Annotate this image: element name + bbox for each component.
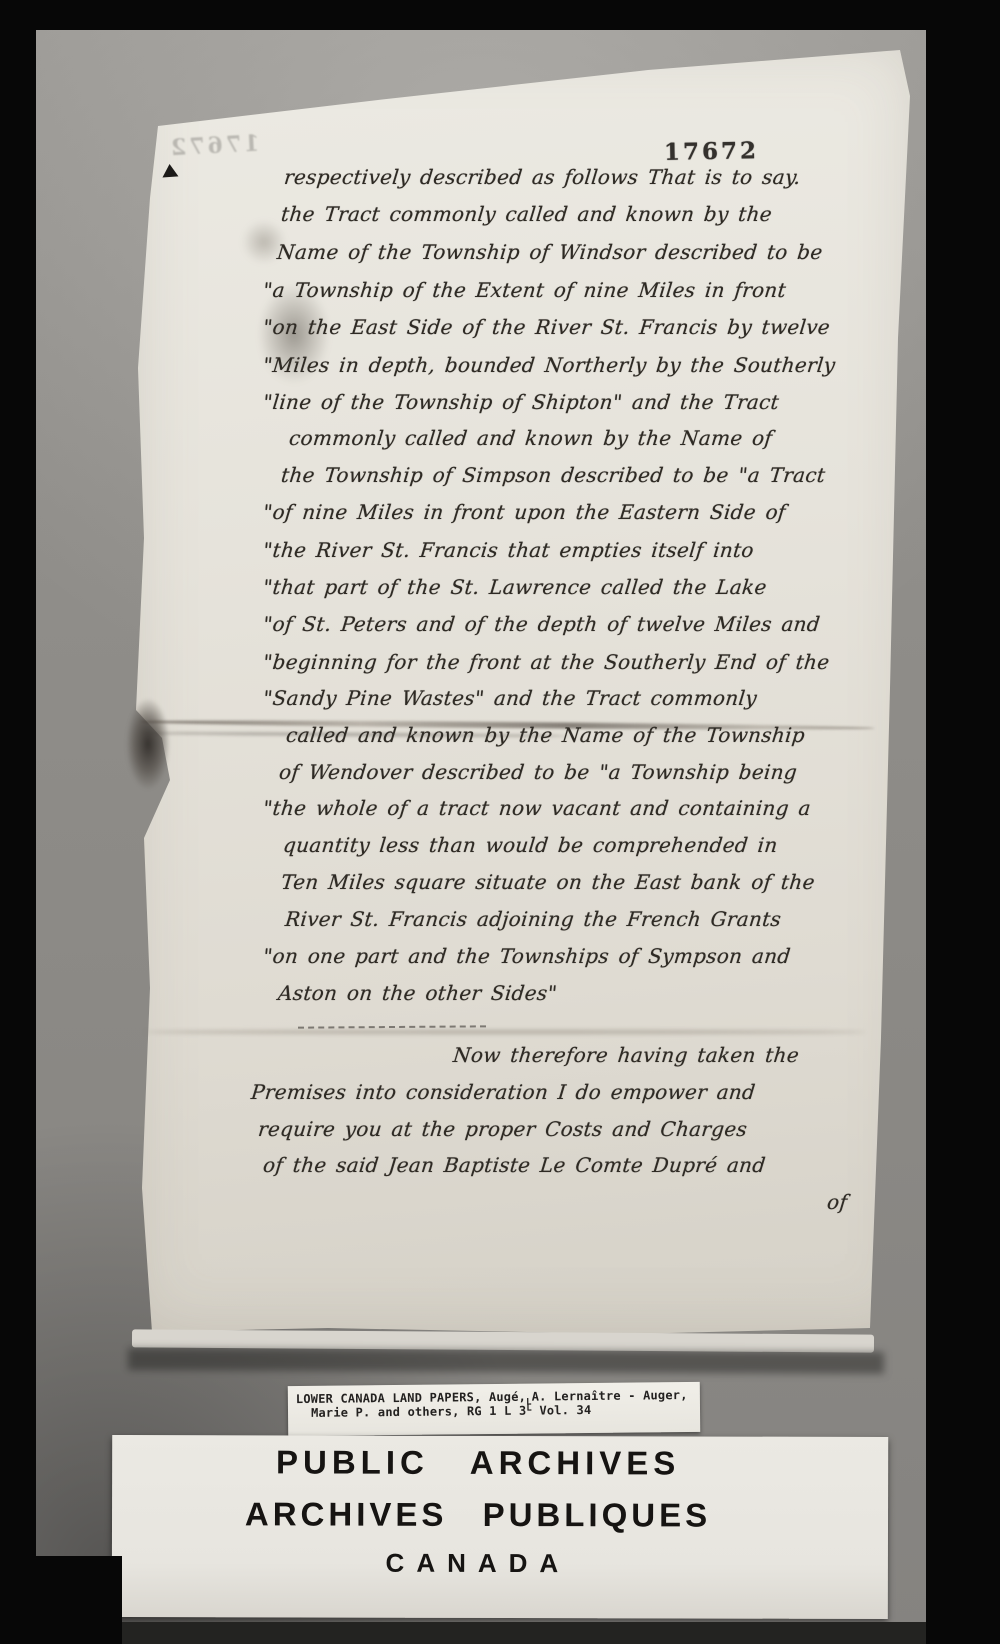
archives-card-line-canada: CANADA [90, 1547, 866, 1580]
manuscript-line: of the said Jean Baptiste Le Comte Dupré… [262, 1153, 767, 1177]
manuscript-line: Aston on the other Sides" [277, 981, 558, 1005]
catchword: of [826, 1190, 849, 1214]
manuscript-line: River St. Francis adjoining the French G… [284, 907, 782, 931]
manuscript-line: "Miles in depth, bounded Northerly by th… [274, 353, 837, 377]
manuscript-line: "Sandy Pine Wastes" and the Tract common… [274, 686, 758, 710]
manuscript-line: of Wendover described to be "a Township … [278, 760, 798, 784]
fold-crease [145, 1030, 865, 1034]
reference-label: LOWER CANADA LAND PAPERS, Augé,LA. Lerna… [288, 1382, 701, 1436]
manuscript-line: respectively described as follows That i… [283, 165, 802, 189]
manuscript-line: "on the East Side of the River St. Franc… [274, 315, 831, 339]
manuscript-line: quantity less than would be comprehended… [282, 833, 779, 857]
mat-bottom-strip [36, 1622, 926, 1644]
series-superscript: L [526, 1404, 532, 1414]
manuscript-line: called and known by the Name of the Town… [285, 723, 806, 747]
manuscript-line: "on one part and the Townships of Sympso… [274, 944, 792, 968]
manuscript-line: Premises into consideration I do empower… [250, 1080, 757, 1104]
manuscript-line: "of St. Peters and of the depth of twelv… [274, 612, 821, 636]
archives-stamp-card: PUBLIC ARCHIVES ARCHIVES PUBLIQUES CANAD… [112, 1435, 888, 1619]
archives-card-line-en: PUBLIC ARCHIVES [90, 1443, 866, 1483]
photo-frame-left [0, 0, 36, 1644]
manuscript-line: require you at the proper Costs and Char… [257, 1117, 748, 1141]
triangle-mark-icon [162, 163, 179, 177]
archives-card-line-fr: ARCHIVES PUBLIQUES [90, 1495, 866, 1535]
manuscript-line: "line of the Township of Shipton" and th… [274, 390, 780, 414]
manuscript-line: "the whole of a tract now vacant and con… [274, 796, 812, 820]
manuscript-line: "a Township of the Extent of nine Miles … [274, 278, 787, 302]
mirrored-stamp-bleedthrough: 17672 [167, 131, 260, 162]
manuscript-line: Now therefore having taken the [452, 1043, 800, 1067]
archive-photograph: 17672 17672 respectively described as fo… [0, 0, 1000, 1644]
reference-label-line2: Marie P. and others, RG 1 L 3L Vol. 34 [296, 1402, 700, 1420]
manuscript-line: Ten Miles square situate on the East ban… [280, 870, 816, 894]
manuscript-line: commonly called and known by the Name of [288, 426, 774, 450]
manuscript-line: the Township of Simpson described to be … [280, 463, 827, 487]
manuscript-line: "of nine Miles in front upon the Eastern… [274, 500, 787, 524]
photo-frame-top [0, 0, 1000, 30]
paper-shadow [128, 1348, 884, 1374]
photo-frame-right [926, 0, 1000, 1644]
manuscript-line: "beginning for the front at the Southerl… [274, 650, 831, 674]
page-number-stamp: 17672 [664, 137, 759, 166]
paper-tear [126, 698, 170, 790]
manuscript-line: "the River St. Francis that empties itse… [274, 538, 755, 562]
manuscript-line: Name of the Township of Windsor describe… [276, 240, 824, 264]
manuscript-line: the Tract commonly called and known by t… [280, 202, 773, 226]
manuscript-line: "that part of the St. Lawrence called th… [274, 575, 768, 599]
